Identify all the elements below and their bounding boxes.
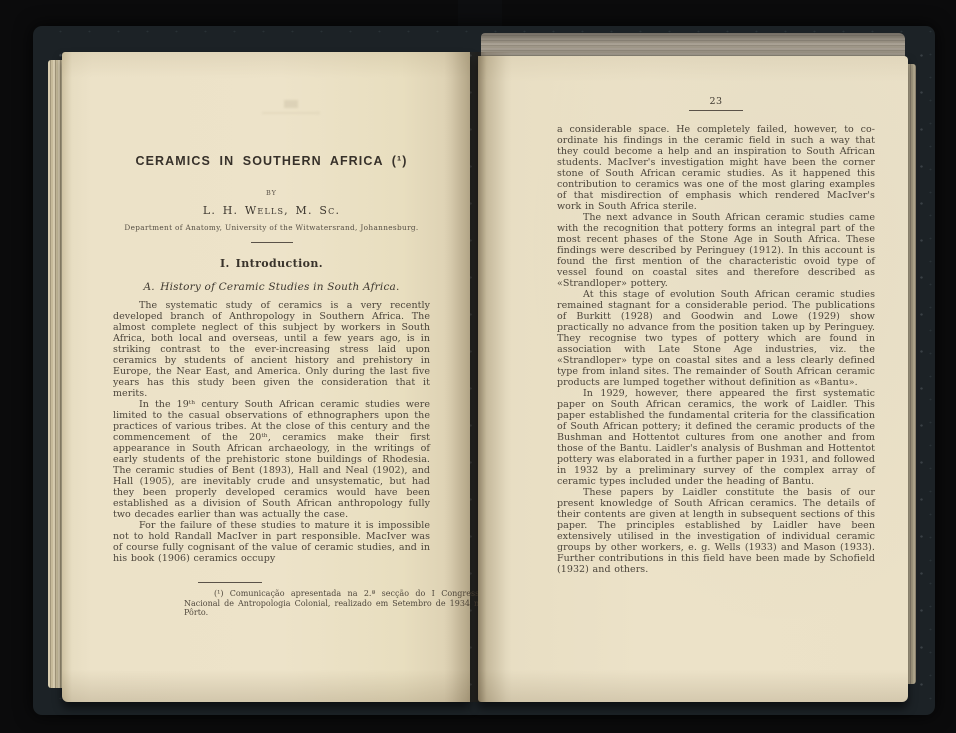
author-name: L. H. Wells, M. Sc. bbox=[113, 205, 430, 217]
paragraph: a considerable space. He completely fail… bbox=[557, 124, 875, 212]
paragraph: The systematic study of ceramics is a ve… bbox=[113, 300, 430, 399]
paragraph: For the failure of these studies to matu… bbox=[113, 520, 430, 564]
paragraph: These papers by Laidler constitute the b… bbox=[557, 487, 875, 575]
page-number-block: 23 bbox=[557, 96, 875, 111]
article-title: CERAMICS IN SOUTHERN AFRICA (¹) bbox=[113, 154, 430, 168]
byline-label: BY bbox=[113, 189, 430, 197]
paragraph: In 1929, however, there appeared the fir… bbox=[557, 388, 875, 487]
left-page: CERAMICS IN SOUTHERN AFRICA (¹) BY L. H.… bbox=[62, 52, 470, 702]
book-photograph: CERAMICS IN SOUTHERN AFRICA (¹) BY L. H.… bbox=[0, 0, 956, 733]
paragraph: At this stage of evolution South African… bbox=[557, 289, 875, 388]
page-edges-left bbox=[48, 60, 63, 688]
footnote-block: (¹) Comunicação apresentada na 2.ª secçã… bbox=[184, 582, 484, 618]
right-page: 23 a considerable space. He completely f… bbox=[478, 56, 908, 702]
page-edges-top bbox=[481, 33, 905, 58]
footnote-text: (¹) Comunicação apresentada na 2.ª secçã… bbox=[184, 589, 484, 618]
section-divider-rule bbox=[251, 242, 293, 243]
page-number-rule bbox=[689, 110, 743, 111]
page-number: 23 bbox=[557, 96, 875, 107]
section-heading: I. Introduction. bbox=[113, 258, 430, 270]
paragraph: In the 19ᵗʰ century South African cerami… bbox=[113, 399, 430, 520]
subsection-heading: A. History of Ceramic Studies in South A… bbox=[113, 281, 430, 293]
left-page-content: CERAMICS IN SOUTHERN AFRICA (¹) BY L. H.… bbox=[113, 52, 430, 564]
paragraph: The next advance in South African cerami… bbox=[557, 212, 875, 289]
author-affiliation: Department of Anatomy, University of the… bbox=[113, 223, 430, 232]
right-page-content: 23 a considerable space. He completely f… bbox=[557, 56, 875, 575]
footnote-rule bbox=[198, 582, 262, 583]
